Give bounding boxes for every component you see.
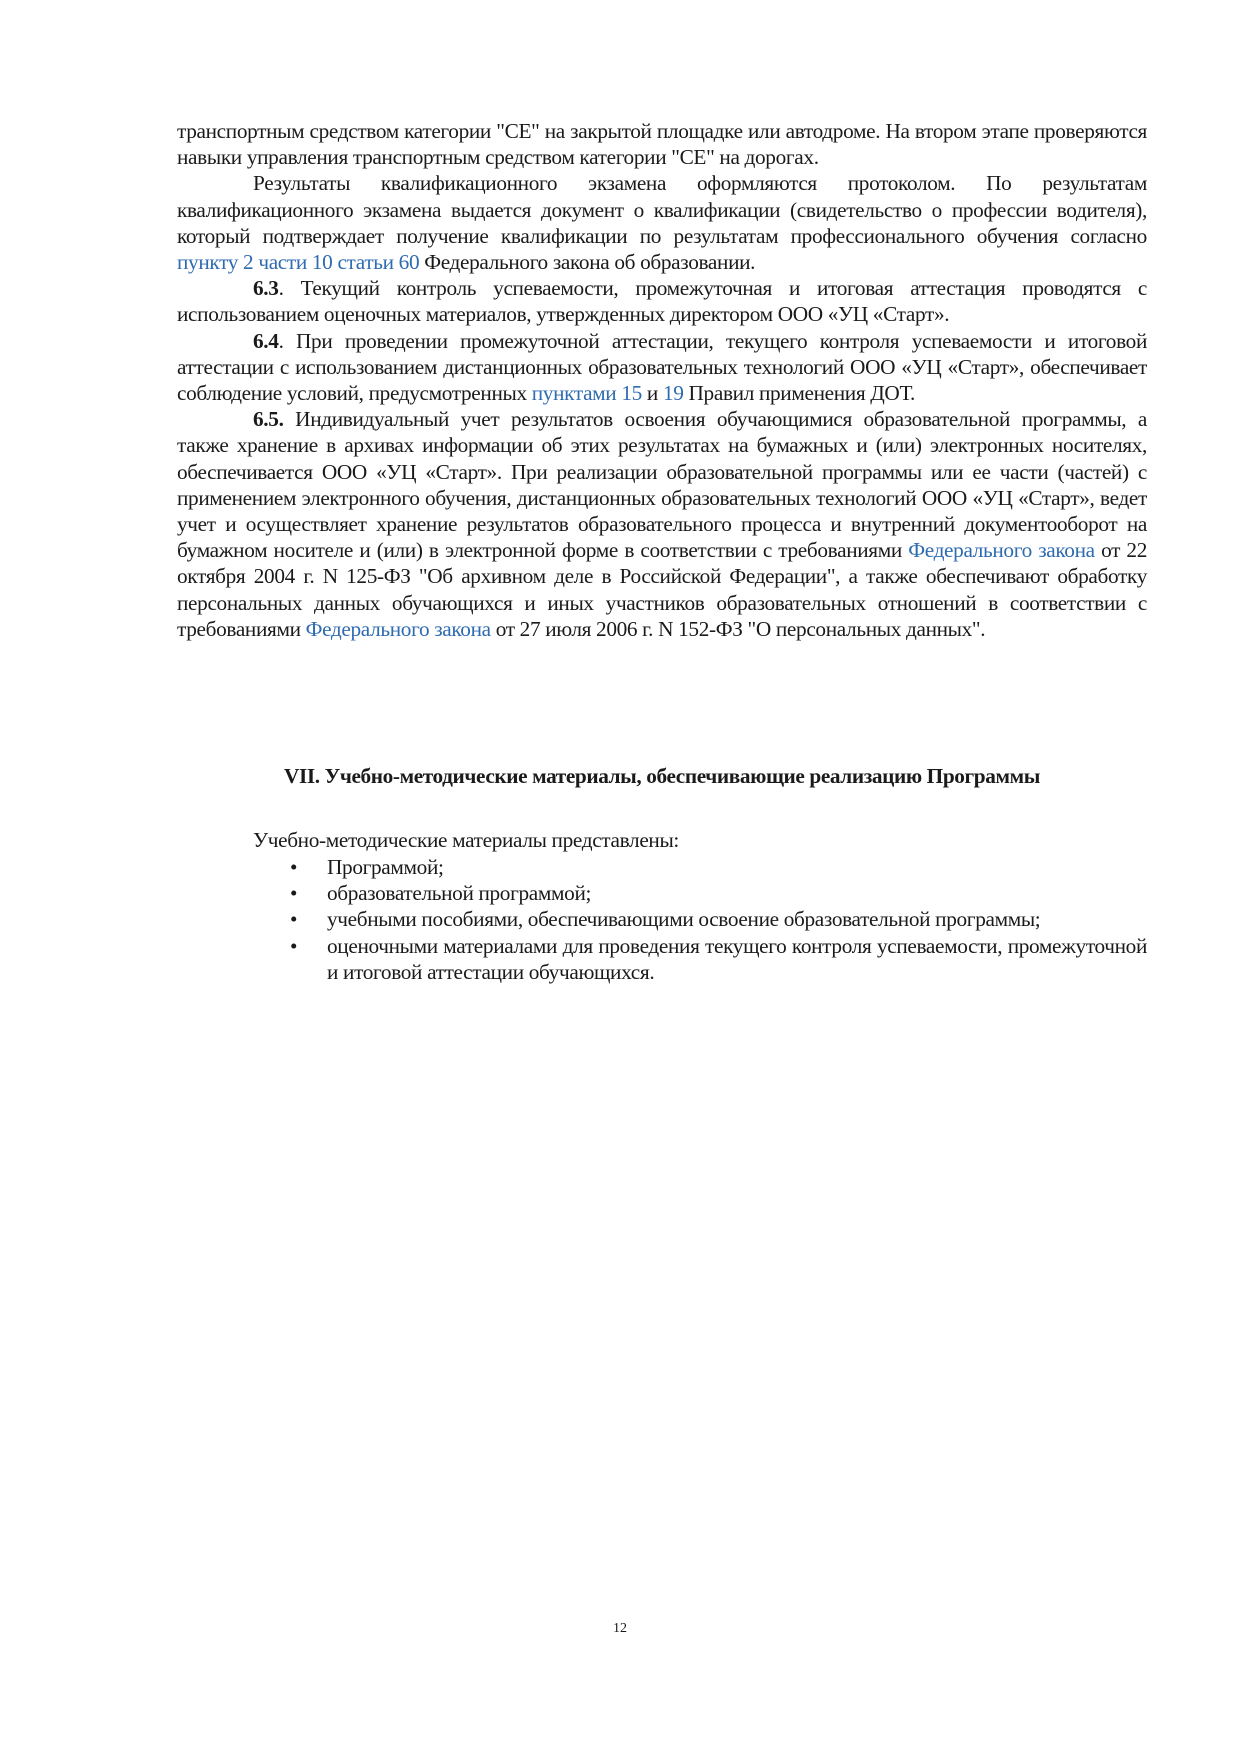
- paragraph-p-results: Результаты квалификационного экзамена оф…: [177, 170, 1147, 275]
- text-segment: Результаты квалификационного экзамена оф…: [177, 171, 1147, 247]
- list-item-text: оценочными материалами для проведения те…: [327, 934, 1147, 984]
- document-page: транспортным средством категории "СЕ" на…: [177, 118, 1147, 642]
- materials-list: •Программой;•образовательной программой;…: [177, 854, 1147, 985]
- text-segment: . Текущий контроль успеваемости, промежу…: [177, 276, 1147, 326]
- paragraph-p-6-3: 6.3. Текущий контроль успеваемости, пром…: [177, 275, 1147, 327]
- law-reference-link[interactable]: пунктами 15: [532, 381, 642, 405]
- text-segment: от 27 июля 2006 г. N 152-ФЗ "О персональ…: [491, 617, 986, 641]
- bullet-icon: •: [290, 880, 297, 906]
- list-item-text: образовательной программой;: [327, 881, 591, 905]
- law-reference-link[interactable]: пункту 2 части 10 статьи 60: [177, 250, 419, 274]
- text-segment: Правил применения ДОТ.: [684, 381, 915, 405]
- text-segment: и: [642, 381, 663, 405]
- bullet-icon: •: [290, 906, 297, 932]
- list-item: •образовательной программой;: [177, 880, 1147, 906]
- list-item-text: Программой;: [327, 855, 444, 879]
- law-reference-link[interactable]: Федерального закона: [908, 538, 1094, 562]
- paragraph-p-cont: транспортным средством категории "СЕ" на…: [177, 118, 1147, 170]
- law-reference-link[interactable]: 19: [663, 381, 684, 405]
- body-text: транспортным средством категории "СЕ" на…: [177, 118, 1147, 642]
- law-reference-link[interactable]: Федерального закона: [306, 617, 491, 641]
- list-intro: Учебно-методические материалы представле…: [253, 828, 679, 853]
- list-item: •учебными пособиями, обеспечивающими осв…: [177, 906, 1147, 932]
- bullet-icon: •: [290, 933, 297, 959]
- text-segment: транспортным средством категории "СЕ" на…: [177, 119, 1147, 169]
- clause-number: 6.4: [253, 329, 279, 353]
- list-item: •оценочными материалами для проведения т…: [177, 933, 1147, 985]
- section-heading: VII. Учебно-методические материалы, обес…: [177, 764, 1147, 789]
- clause-number: 6.5.: [253, 407, 284, 431]
- paragraph-p-6-4: 6.4. При проведении промежуточной аттест…: [177, 328, 1147, 407]
- page-number: 12: [0, 1621, 1240, 1637]
- clause-number: 6.3: [253, 276, 279, 300]
- text-segment: Федерального закона об образовании.: [419, 250, 755, 274]
- list-item-text: учебными пособиями, обеспечивающими осво…: [327, 907, 1040, 931]
- paragraph-p-6-5: 6.5. Индивидуальный учет результатов осв…: [177, 406, 1147, 642]
- list-item: •Программой;: [177, 854, 1147, 880]
- bullet-icon: •: [290, 854, 297, 880]
